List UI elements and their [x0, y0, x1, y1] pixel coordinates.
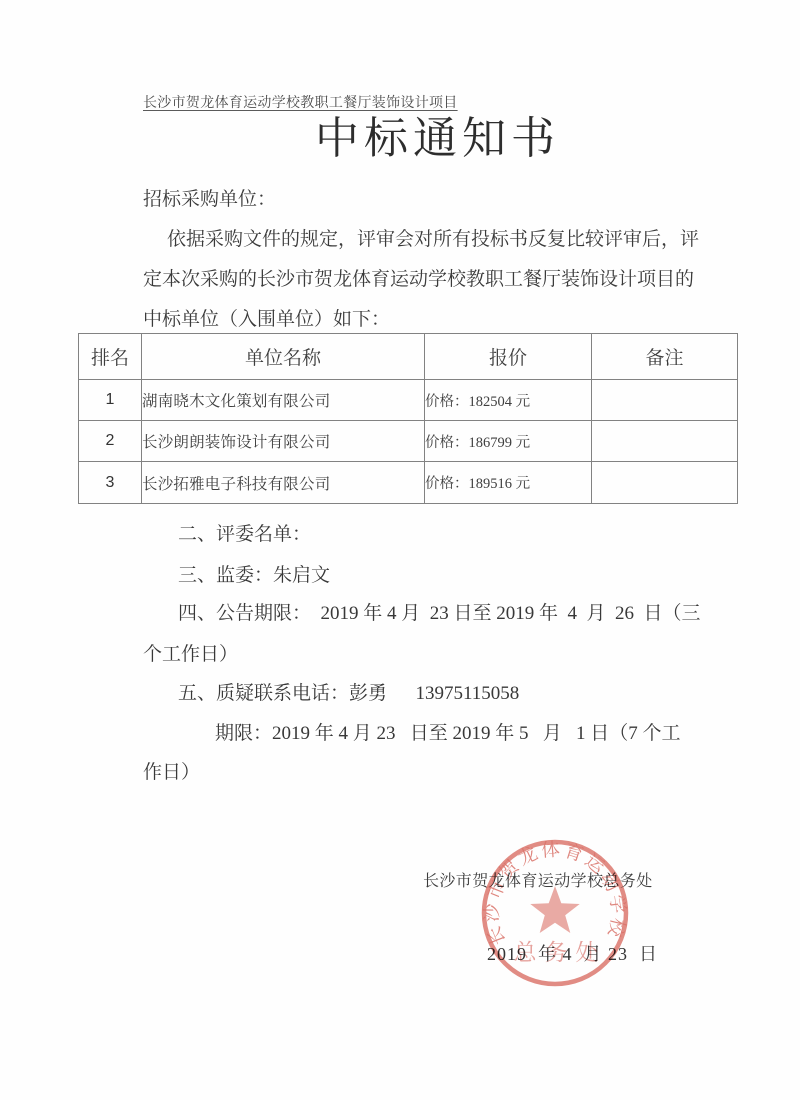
rank-cell: 3: [79, 462, 142, 504]
list-item-supervisor: 三、监委：朱启文: [178, 560, 330, 587]
scanned-document-page: 长沙市贺龙体育运动学校教职工餐厅装饰设计项目 中标通知书 招标采购单位： 依据采…: [0, 0, 800, 1100]
svg-text:长沙市贺龙体育运动学校: 长沙市贺龙体育运动学校: [482, 839, 629, 948]
list-item-contact-phone: 五、质疑联系电话：彭勇 13975115058: [178, 678, 519, 705]
rank-cell: 2: [79, 421, 142, 462]
document-date: 2019 年 4 月 23 日: [487, 940, 658, 966]
body-paragraph-line-1: 依据采购文件的规定，评审会对所有投标书反复比较评审后，评: [167, 224, 699, 251]
list-item-notice-period-cont: 个工作日）: [143, 639, 238, 666]
body-paragraph-line-3: 中标单位（入围单位）如下：: [143, 304, 390, 331]
table-header-row: 排名 单位名称 报价 备注: [79, 334, 738, 380]
company-cell: 长沙朗朗装饰设计有限公司: [142, 421, 425, 462]
seal-star-icon: [530, 886, 579, 933]
list-item-jury: 二、评委名单：: [178, 519, 311, 546]
table-row: 2 长沙朗朗装饰设计有限公司 价格：186799 元: [79, 421, 738, 462]
note-cell: [592, 462, 738, 504]
price-cell: 价格：182504 元: [425, 380, 592, 421]
table-row: 1 湖南晓木文化策划有限公司 价格：182504 元: [79, 380, 738, 421]
issuer-signature: 长沙市贺龙体育运动学校总务处: [423, 868, 653, 891]
document-title: 中标通知书: [315, 113, 560, 166]
price-cell: 价格：189516 元: [425, 462, 592, 504]
salutation-line: 招标采购单位：: [143, 184, 276, 211]
column-header-note: 备注: [592, 334, 738, 380]
bid-results-table: 排名 单位名称 报价 备注 1 湖南晓木文化策划有限公司 价格：182504 元…: [78, 333, 738, 504]
note-cell: [592, 421, 738, 462]
company-cell: 湖南晓木文化策划有限公司: [142, 380, 425, 421]
list-item-query-period-cont: 作日）: [143, 757, 200, 784]
list-item-notice-period: 四、公告期限： 2019 年 4 月 23 日至 2019 年 4 月 26 日…: [178, 598, 701, 625]
column-header-price: 报价: [425, 334, 592, 380]
price-cell: 价格：186799 元: [425, 421, 592, 462]
list-item-query-period: 期限：2019 年 4 月 23 日至 2019 年 5 月 1 日（7 个工: [215, 718, 681, 745]
rank-cell: 1: [79, 380, 142, 421]
company-cell: 长沙拓雅电子科技有限公司: [142, 462, 425, 504]
note-cell: [592, 380, 738, 421]
column-header-rank: 排名: [79, 334, 142, 380]
project-name-header: 长沙市贺龙体育运动学校教职工餐厅装饰设计项目: [143, 92, 458, 112]
body-paragraph-line-2: 定本次采购的长沙市贺龙体育运动学校教职工餐厅装饰设计项目的: [143, 264, 694, 291]
table-row: 3 长沙拓雅电子科技有限公司 价格：189516 元: [79, 462, 738, 504]
seal-arc-text: 长沙市贺龙体育运动学校: [482, 839, 629, 948]
official-red-seal: 长沙市贺龙体育运动学校 总务处: [473, 831, 637, 995]
column-header-company: 单位名称: [142, 334, 425, 380]
